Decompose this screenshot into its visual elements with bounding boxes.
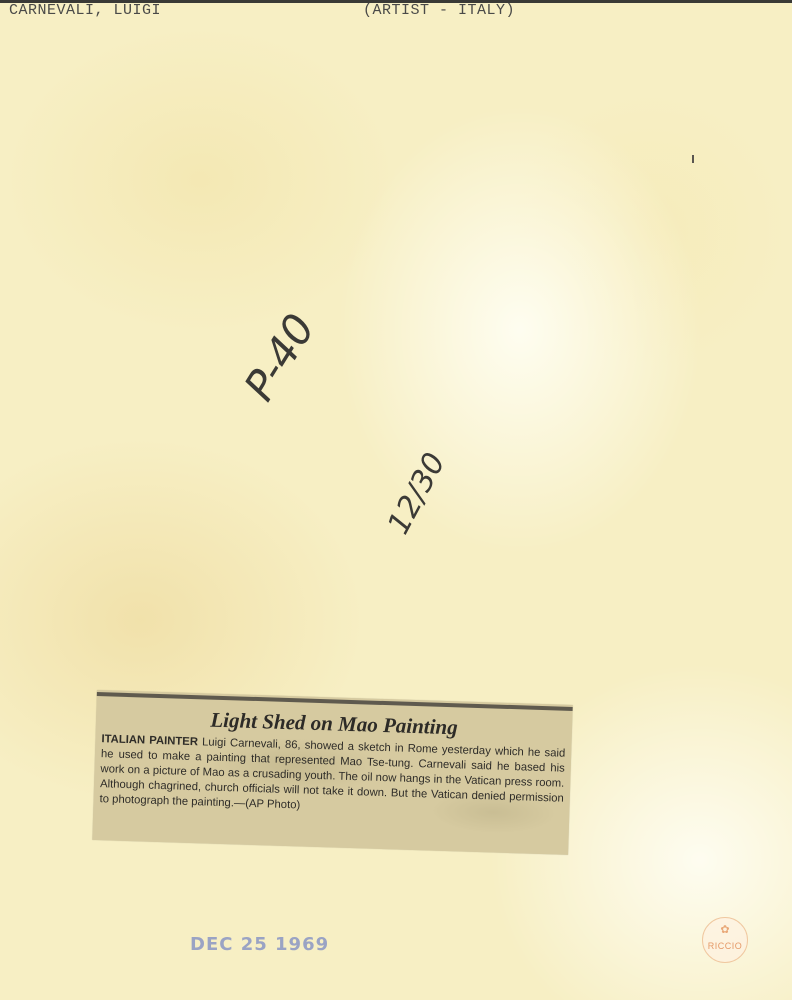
- ink-speck: [692, 155, 694, 163]
- seal-brand: RICCIO: [703, 941, 747, 951]
- category-label: (ARTIST - ITALY): [363, 2, 515, 19]
- handwritten-reference: P-40: [234, 305, 324, 409]
- newspaper-clipping: Light Shed on Mao Painting ITALIAN PAINT…: [92, 690, 572, 855]
- handwritten-number: 12/30: [381, 447, 452, 540]
- hedgehog-icon: ✿: [703, 925, 747, 936]
- date-stamp: DEC 25 1969: [190, 934, 329, 955]
- clipping-lead: ITALIAN PAINTER: [101, 733, 198, 748]
- subject-name-label: CARNEVALI, LUIGI: [9, 2, 161, 19]
- watermark-seal: ✿ RICCIO: [702, 917, 748, 963]
- clipping-body: ITALIAN PAINTER Luigi Carnevali, 86, sho…: [99, 732, 565, 822]
- clipping-text: Luigi Carnevali, 86, showed a sketch in …: [99, 736, 565, 811]
